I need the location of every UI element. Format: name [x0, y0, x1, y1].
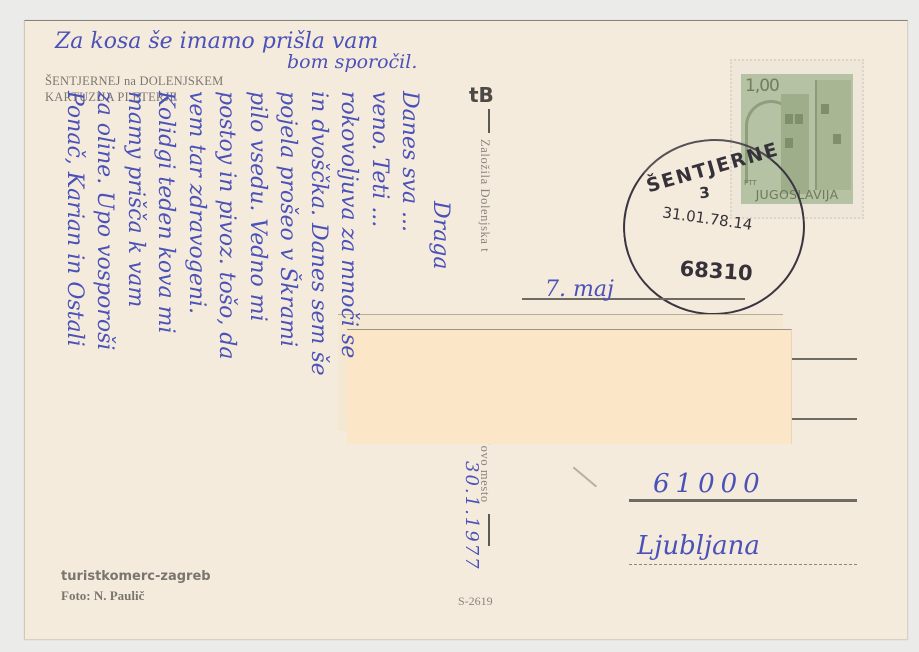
handwritten-line: za oline. Upo vosporoši	[89, 91, 120, 631]
handwritten-line: pojela prošeo v Škrami	[272, 91, 303, 631]
handwritten-line: pilo vsedu. Vedno mi	[242, 91, 273, 631]
handwritten-line: rokovoljuva za mnoči se	[333, 91, 364, 631]
postmark-office-number: 3	[698, 183, 710, 202]
stamp-window-icon	[833, 134, 841, 144]
handwritten-line: Kolidgi teden kova mi	[150, 91, 181, 631]
handwritten-address-city: Ljubljana	[637, 531, 760, 561]
address-line-zip	[629, 499, 857, 502]
postcard-back: ŠENTJERNEJ na DOLENJSKEM KARTUZIJA PLETE…	[24, 20, 908, 640]
stamp-window-icon	[785, 114, 793, 124]
handwritten-line: veno. Teti ...	[364, 91, 395, 631]
handwritten-line: postoy in pivoz. tošo, da	[211, 91, 242, 631]
handwritten-line: mamy prišča k vam	[120, 91, 151, 631]
publisher-text: Založila Dolenjska t	[477, 139, 492, 252]
handwritten-message: DragaDanes sva ... veno. Teti ...rokovol…	[35, 91, 455, 631]
postmark-town: ŠENTJERNE	[642, 138, 783, 198]
stamp-window-icon	[785, 138, 793, 148]
postmark-zip: 68310	[679, 256, 754, 285]
pencil-mark	[573, 467, 597, 487]
handwritten-date: 30.1.1977	[461, 461, 482, 571]
handwritten-address-street: 7. maj	[545, 277, 614, 302]
handwritten-line: vem tar zdravogeni.	[181, 91, 212, 631]
handwritten-line: Danes sva ...	[394, 91, 425, 631]
postmark-date: 31.01.78.14	[661, 203, 753, 233]
caption-line-1: ŠENTJERNEJ na DOLENJSKEM	[45, 73, 223, 89]
divider-line	[488, 514, 490, 546]
stamp-window-icon	[821, 104, 829, 114]
handwritten-line: Draga	[425, 91, 456, 631]
publisher-logo-icon: tB	[469, 83, 494, 107]
handwritten-line: in dvoščka. Danes sem še	[303, 91, 334, 631]
handwritten-address-zip: 61000	[653, 469, 766, 499]
handwritten-line: Ponač, Karian in Ostali	[59, 91, 90, 631]
address-line-city	[629, 564, 857, 565]
stamp-window-icon	[795, 114, 803, 124]
handwritten-top-line-2: bom sporočil.	[287, 51, 417, 73]
stamp-value: 1,00	[745, 76, 779, 96]
series-code: S-2619	[458, 594, 493, 609]
divider-line	[488, 109, 490, 133]
